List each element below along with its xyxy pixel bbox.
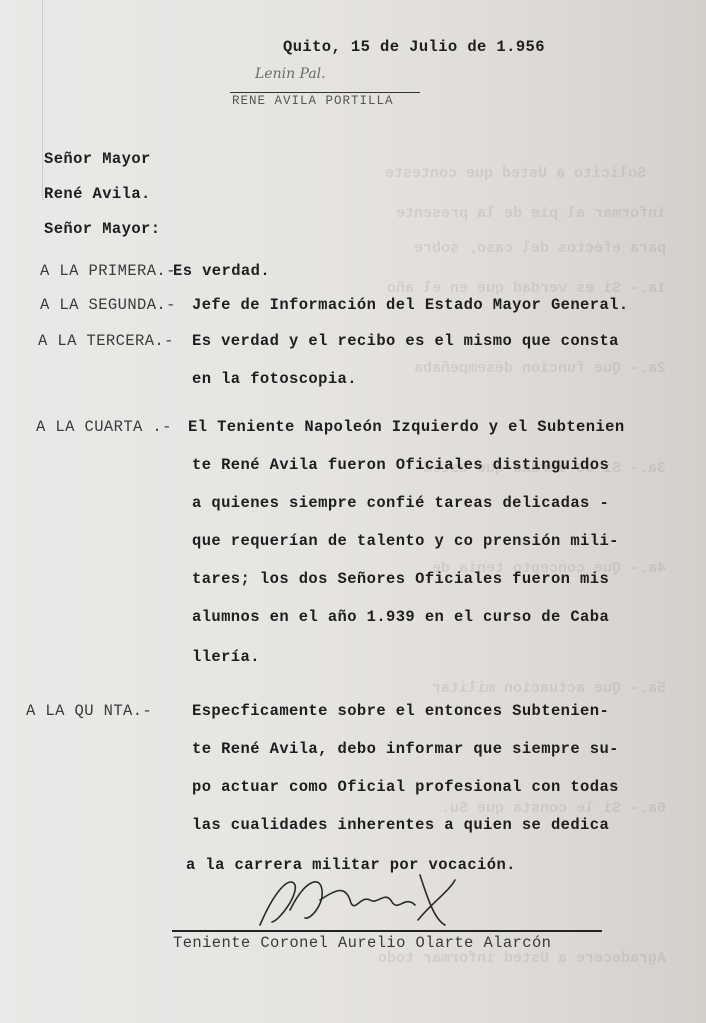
paper-fold-mark (42, 0, 43, 200)
answer-label-1: A LA PRIMERA.- (40, 262, 176, 280)
answer-text-5-line-1: Especficamente sobre el entonces Subteni… (192, 702, 609, 720)
handwritten-signature (250, 870, 470, 930)
answer-label-3: A LA TERCERA.- (38, 332, 174, 350)
addressee-line-1: Señor Mayor (44, 150, 151, 168)
answer-text-4-line-1: El Teniente Napoleón Izquierdo y el Subt… (188, 418, 625, 436)
answer-text-4-line-5: tares; los dos Señores Oficiales fueron … (192, 570, 609, 588)
sender-underline (230, 92, 420, 93)
scanned-letter: Solicito a Usted que conteste informar a… (0, 0, 706, 1023)
answer-text-3-line-2: en la fotoscopia. (192, 370, 357, 388)
salutation: Señor Mayor: (44, 220, 160, 238)
answer-text-4-line-6: alumnos en el año 1.939 en el curso de C… (192, 608, 609, 626)
answer-label-2: A LA SEGUNDA.- (40, 296, 176, 314)
answer-text-1: Es verdad. (173, 262, 270, 280)
answer-text-5-line-2: te René Avila, debo informar que siempre… (192, 740, 619, 758)
signatory-name: Teniente Coronel Aurelio Olarte Alarcón (173, 934, 551, 952)
answer-text-5-line-4: las cualidades inherentes a quien se ded… (192, 816, 609, 834)
addressee-line-2: René Avila. (44, 185, 151, 203)
answer-text-4-line-3: a quienes siempre confié tareas delicada… (192, 494, 609, 512)
answer-text-3-line-1: Es verdad y el recibo es el mismo que co… (192, 332, 619, 350)
answer-text-5-line-3: po actuar como Oficial profesional con t… (192, 778, 619, 796)
answer-text-2: Jefe de Información del Estado Mayor Gen… (192, 296, 629, 314)
answer-text-4-line-2: te René Avila fueron Oficiales distingui… (192, 456, 609, 474)
answer-text-4-line-4: que requerían de talento y co prensión m… (192, 532, 619, 550)
answer-text-4-line-7: llería. (192, 648, 260, 666)
date-line: Quito, 15 de Julio de 1.956 (283, 38, 545, 56)
sender-name: RENE AVILA PORTILLA (232, 94, 394, 108)
signature-line (172, 930, 602, 932)
handwritten-annotation: Lenin Pal. (255, 66, 326, 82)
answer-label-4: A LA CUARTA .- (36, 418, 172, 436)
answer-label-5: A LA QU NTA.- (26, 702, 152, 720)
